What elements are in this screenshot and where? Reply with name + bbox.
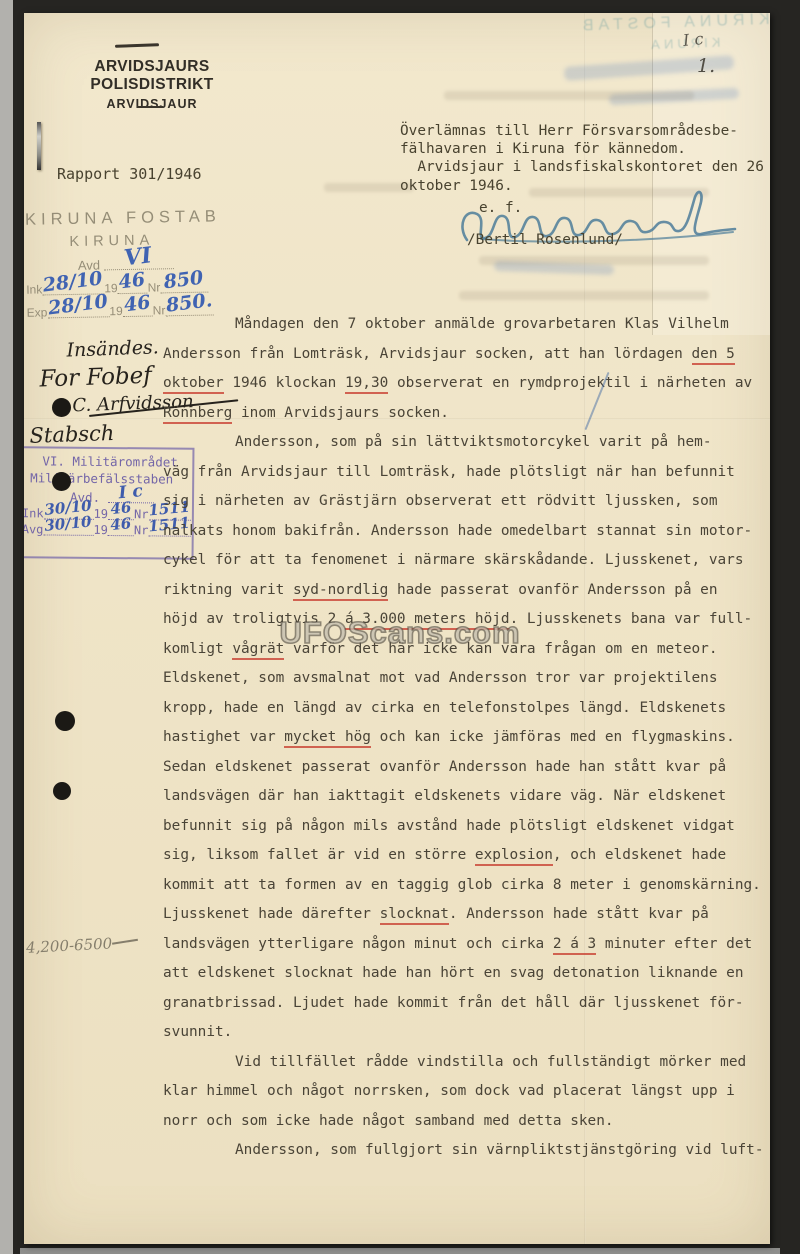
body-line: väg från Arvidsjaur till Lomträsk, hade … bbox=[163, 458, 763, 488]
typed-text: . Ljusskenets bana var full- bbox=[510, 611, 753, 627]
typed-text: inom Arvidsjaurs socken. bbox=[232, 405, 449, 421]
typed-text: minuter efter det bbox=[596, 936, 752, 952]
report-number: Rapport 301/1946 bbox=[57, 165, 202, 183]
red-underlined-text: Rönnberg bbox=[163, 405, 232, 424]
body-line: sig i närheten av Grästjärn observerat e… bbox=[163, 487, 763, 517]
body-line: Vid tillfället rådde vindstilla och full… bbox=[163, 1048, 763, 1078]
stamp-handwritten-value: 30/10 bbox=[44, 516, 92, 530]
stamp-handwritten-value: 46 bbox=[110, 518, 132, 530]
red-underlined-text: vågrät bbox=[232, 641, 284, 660]
stamp-label: Exp bbox=[27, 305, 48, 319]
typed-text: Andersson från Lomträsk, Arvidsjaur sock… bbox=[163, 346, 692, 362]
body-line: kommit att ta formen av en taggig glob c… bbox=[163, 871, 763, 901]
body-line: Sedan eldskenet passerat ovanför Anderss… bbox=[163, 753, 763, 783]
typed-text: att eldskenet slocknat hade han hört en … bbox=[163, 965, 743, 981]
red-underlined-text: 19,30 bbox=[345, 375, 388, 394]
body-line: Rönnberg inom Arvidsjaurs socken. bbox=[163, 399, 763, 429]
watermark: UFOScans.com bbox=[279, 615, 520, 651]
red-underlined-text: syd-nordlig bbox=[293, 582, 388, 601]
typed-text: , och eldskenet hade bbox=[553, 847, 726, 863]
body-line: landsvägen där han iakttagit eldskenets … bbox=[163, 782, 763, 812]
typed-text: Ljusskenet hade därefter bbox=[163, 906, 380, 922]
corner-classification-note: I c bbox=[682, 29, 704, 50]
staple bbox=[37, 122, 41, 170]
typed-text: hade passerat ovanför Andersson på en bbox=[388, 582, 717, 598]
stamp-dotted-slot: 30/10 bbox=[43, 522, 93, 535]
body-line: Andersson, som fullgjort sin värnpliktst… bbox=[163, 1136, 763, 1166]
forwarding-line: Överlämnas till Herr Försvarsområdesbe- bbox=[400, 122, 764, 140]
typed-text: 1946 klockan bbox=[224, 375, 345, 391]
typed-text: Andersson, som fullgjort sin värnpliktst… bbox=[235, 1142, 764, 1158]
letterhead-rule-bottom bbox=[137, 106, 163, 108]
body-line: Andersson, som på sin lättviktsmotorcyke… bbox=[163, 428, 763, 458]
typed-text: kommit att ta formen av en taggig glob c… bbox=[163, 877, 761, 893]
body-line: Andersson från Lomträsk, Arvidsjaur sock… bbox=[163, 340, 763, 370]
margin-altitude-note: 4,200-6500 bbox=[26, 933, 139, 957]
typed-text: landsvägen ytterligare någon minut och c… bbox=[163, 936, 553, 952]
stamp-kiruna-title: KIRUNA FOSTAB bbox=[25, 207, 225, 229]
stamp-dotted-slot: 46 bbox=[108, 523, 134, 536]
typed-text: väg från Arvidsjaur till Lomträsk, hade … bbox=[163, 464, 735, 480]
typed-text: Måndagen den 7 oktober anmälde grovarbet… bbox=[235, 316, 729, 332]
stamp-handwritten-value: 46 bbox=[110, 502, 132, 514]
signature-typed-name: /Bertil Rosenlund/ bbox=[467, 232, 623, 248]
body-line: kropp, hade en längd av cirka en telefon… bbox=[163, 694, 763, 724]
scanner-edge-strip bbox=[0, 0, 13, 1254]
typed-text: sig i närheten av Grästjärn observerat e… bbox=[163, 493, 718, 509]
stamp-label: Avg bbox=[24, 522, 44, 536]
stamp-label: 19 bbox=[93, 523, 108, 537]
red-underlined-text: oktober bbox=[163, 375, 224, 394]
stamp-handwritten-value: 28/10 bbox=[42, 273, 103, 290]
scanner-bottom-strip bbox=[20, 1248, 780, 1254]
typed-text: Andersson, som på sin lättviktsmotorcyke… bbox=[235, 434, 712, 450]
punch-hole bbox=[52, 398, 71, 417]
letterhead-town: ARVIDSJAUR bbox=[37, 97, 267, 111]
letterhead: ARVIDSJAURS POLISDISTRIKT ARVIDSJAUR bbox=[37, 58, 267, 111]
body-line: cykel för att ta fenomenet i närmare skä… bbox=[163, 546, 763, 576]
red-underlined-text: slocknat bbox=[380, 906, 449, 925]
typed-text: befunnit sig på någon mils avstånd hade … bbox=[163, 818, 735, 834]
stamp-label: Nr bbox=[134, 507, 149, 521]
red-underlined-text: 2 á 3 bbox=[553, 936, 596, 955]
punch-hole bbox=[55, 711, 75, 731]
stamp-avd-value: VI bbox=[124, 250, 152, 263]
corner-page-number: 1. bbox=[697, 55, 715, 77]
body-line: Eldskenet, som avsmalnat mot vad Anderss… bbox=[163, 664, 763, 694]
forwarding-note: Överlämnas till Herr Försvarsområdesbe-f… bbox=[400, 122, 764, 195]
red-underlined-text: explosion bbox=[475, 847, 553, 866]
stamp-handwritten-value: 46 bbox=[118, 274, 145, 287]
typed-text: och kan icke jämföras med en flygmaskins… bbox=[371, 729, 735, 745]
stamp-label: 19 bbox=[109, 304, 123, 318]
letterhead-district: ARVIDSJAURS POLISDISTRIKT bbox=[37, 58, 267, 94]
stamp-label: Ink bbox=[24, 506, 44, 520]
stamp-label: 19 bbox=[94, 507, 109, 521]
typed-text: klar himmel och något norrsken, som dock… bbox=[163, 1083, 735, 1099]
body-line: riktning varit syd-nordlig hade passerat… bbox=[163, 576, 763, 606]
body-text: Måndagen den 7 oktober anmälde grovarbet… bbox=[163, 310, 763, 1166]
stamp-dotted-slot: 46 bbox=[123, 304, 153, 318]
bleedthrough-text-line bbox=[444, 91, 694, 100]
stamp-dotted-slot: 28/10 bbox=[47, 304, 109, 318]
typed-text: granatbrissad. Ljudet hade kommit från d… bbox=[163, 995, 743, 1011]
typed-text: komligt bbox=[163, 641, 232, 657]
punch-hole bbox=[52, 472, 71, 491]
margin-note-text: 4,200-6500 bbox=[26, 934, 113, 956]
typed-text: Eldskenet, som avsmalnat mot vad Anderss… bbox=[163, 670, 718, 686]
letterhead-rule-top bbox=[115, 43, 159, 48]
bleedthrough-text-line bbox=[459, 291, 709, 300]
typed-text: riktning varit bbox=[163, 582, 293, 598]
pencil-squiggle bbox=[112, 937, 138, 945]
body-line: Ljusskenet hade därefter slocknat. Ander… bbox=[163, 900, 763, 930]
typed-text: norr och som icke hade något samband med… bbox=[163, 1113, 614, 1129]
stamp-avd-value: I c bbox=[118, 486, 143, 498]
red-underlined-text: mycket hög bbox=[284, 729, 371, 748]
typed-text: cykel för att ta fenomenet i närmare skä… bbox=[163, 552, 743, 568]
body-line: Måndagen den 7 oktober anmälde grovarbet… bbox=[163, 310, 763, 340]
typed-text: hastighet var bbox=[163, 729, 284, 745]
body-line: svunnit. bbox=[163, 1018, 763, 1048]
stamp-label: Nr bbox=[148, 280, 161, 294]
document-page: KIRUNA FOSTAB KIRUNA ARVIDSJAURS POLISDI… bbox=[24, 13, 770, 1244]
scanned-document: KIRUNA FOSTAB KIRUNA ARVIDSJAURS POLISDI… bbox=[0, 0, 800, 1254]
typed-text: observerat en rymdprojektil i närheten a… bbox=[388, 375, 752, 391]
forwarding-line: fälhavaren i Kiruna för kännedom. bbox=[400, 140, 764, 158]
stamp-handwritten-value: 28/10 bbox=[47, 296, 108, 313]
body-line: klar himmel och något norrsken, som dock… bbox=[163, 1077, 763, 1107]
typed-text: nalkats honom bakifrån. Andersson hade o… bbox=[163, 523, 752, 539]
body-line: hastighet var mycket hög och kan icke jä… bbox=[163, 723, 763, 753]
body-line: oktober 1946 klockan 19,30 observerat en… bbox=[163, 369, 763, 399]
typed-text: svunnit. bbox=[163, 1024, 232, 1040]
body-line: att eldskenet slocknat hade han hört en … bbox=[163, 959, 763, 989]
typed-text: Sedan eldskenet passerat ovanför Anderss… bbox=[163, 759, 726, 775]
stamp-label: Nr bbox=[134, 523, 149, 537]
forwarding-line: Arvidsjaur i landsfiskalskontoret den 26 bbox=[400, 158, 764, 176]
punch-hole bbox=[53, 782, 71, 800]
bleedthrough-stamp-title: KIRUNA FOSTAB bbox=[533, 13, 769, 37]
stamp-handwritten-value: 46 bbox=[123, 297, 150, 310]
red-underlined-text: den 5 bbox=[692, 346, 735, 365]
stamp-label: Ink bbox=[26, 282, 42, 296]
body-line: befunnit sig på någon mils avstånd hade … bbox=[163, 812, 763, 842]
typed-text: kropp, hade en längd av cirka en telefon… bbox=[163, 700, 726, 716]
body-line: nalkats honom bakifrån. Andersson hade o… bbox=[163, 517, 763, 547]
body-line: landsvägen ytterligare någon minut och c… bbox=[163, 930, 763, 960]
typed-text: . Andersson hade stått kvar på bbox=[449, 906, 709, 922]
body-line: norr och som icke hade något samband med… bbox=[163, 1107, 763, 1137]
typed-text: landsvägen där han iakttagit eldskenets … bbox=[163, 788, 726, 804]
stamp-handwritten-value: 850. bbox=[165, 295, 212, 311]
body-line: granatbrissad. Ljudet hade kommit från d… bbox=[163, 989, 763, 1019]
typed-text: Vid tillfället rådde vindstilla och full… bbox=[235, 1054, 746, 1070]
body-line: sig, liksom fallet är vid en större expl… bbox=[163, 841, 763, 871]
stamp-handwritten-value: 850 bbox=[163, 273, 204, 288]
typed-text: sig, liksom fallet är vid en större bbox=[163, 847, 475, 863]
